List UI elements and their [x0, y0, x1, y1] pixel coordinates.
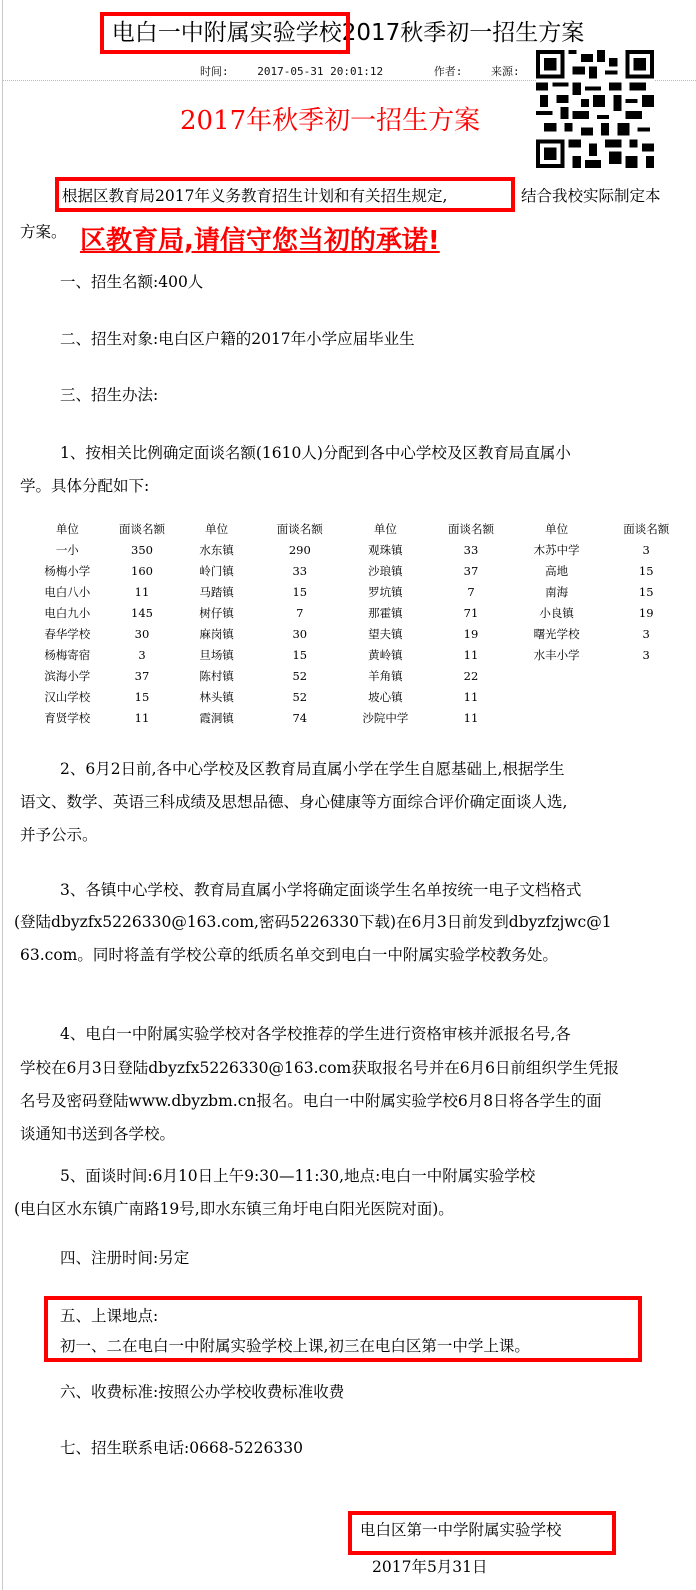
table-row: 滨海小学37 陈村镇52 羊角镇22 — [30, 665, 696, 686]
section-3: 三、招生办法: — [60, 383, 158, 405]
section-5-body: 初一、二在电白一中附属实验学校上课,初三在电白区第一中学上课。 — [60, 1334, 530, 1356]
table-header-row: 单位 面谈名额 单位 面谈名额 单位 面谈名额 单位 面谈名额 — [30, 518, 696, 539]
unit-cell: 木苏中学 — [517, 539, 597, 560]
item-4-line4: 谈通知书送到各学校。 — [20, 1122, 175, 1144]
item-1-line1: 1、按相关比例确定面谈名额(1610人)分配到各中心学校及区教育局直属小 — [60, 441, 571, 463]
unit-cell — [517, 707, 597, 728]
quota-cell: 19 — [425, 623, 517, 644]
header-cell: 面谈名额 — [596, 518, 696, 539]
quota-cell: 33 — [254, 560, 346, 581]
unit-cell: 水丰小学 — [517, 644, 597, 665]
quota-cell: 11 — [105, 581, 180, 602]
unit-cell: 陈村镇 — [179, 665, 254, 686]
unit-cell: 马踏镇 — [179, 581, 254, 602]
unit-cell — [517, 665, 597, 686]
signature-org: 电白区第一中学附属实验学校 — [360, 1518, 562, 1540]
quota-cell: 37 — [425, 560, 517, 581]
quota-cell: 33 — [425, 539, 517, 560]
table-row: 电白八小11 马踏镇15 罗坑镇7 南海15 — [30, 581, 696, 602]
unit-cell: 杨梅小学 — [30, 560, 105, 581]
quota-cell: 7 — [425, 581, 517, 602]
header-cell: 面谈名额 — [425, 518, 517, 539]
author-label: 作者: — [434, 65, 463, 78]
quota-cell: 15 — [254, 644, 346, 665]
unit-cell: 林头镇 — [179, 686, 254, 707]
quota-cell: 71 — [425, 602, 517, 623]
unit-cell: 麻岗镇 — [179, 623, 254, 644]
quota-cell: 30 — [105, 623, 180, 644]
table-row: 杨梅寄宿3 旦场镇15 黄岭镇11 水丰小学3 — [30, 644, 696, 665]
table-row: 春华学校30 麻岗镇30 望夫镇19 曙光学校3 — [30, 623, 696, 644]
quota-cell: 11 — [105, 707, 180, 728]
unit-cell: 坡心镇 — [346, 686, 426, 707]
table-row: 育贤学校11 霞洞镇74 沙院中学11 — [30, 707, 696, 728]
item-4-line2: 学校在6月3日登陆dbyzfx5226330@163.com获取报名号并在6月6… — [20, 1056, 619, 1078]
unit-cell: 一小 — [30, 539, 105, 560]
quota-cell: 11 — [425, 644, 517, 665]
quota-cell: 15 — [254, 581, 346, 602]
unit-cell: 育贤学校 — [30, 707, 105, 728]
quota-cell: 11 — [425, 707, 517, 728]
header-cell: 单位 — [179, 518, 254, 539]
quota-cell — [596, 665, 696, 686]
unit-cell: 高地 — [517, 560, 597, 581]
item-2-line2: 语文、数学、英语三科成绩及思想品德、身心健康等方面综合评价确定面谈人选, — [20, 790, 567, 812]
item-4-line1: 4、电白一中附属实验学校对各学校推荐的学生进行资格审核并派报名号,各 — [60, 1022, 571, 1044]
section-4: 四、注册时间:另定 — [60, 1246, 189, 1268]
slogan: 区教育局,请信守您当初的承诺! — [80, 220, 440, 257]
intro-highlight-box — [55, 177, 515, 212]
unit-cell: 那霍镇 — [346, 602, 426, 623]
table-row: 杨梅小学160 岭门镇33 沙琅镇37 高地15 — [30, 560, 696, 581]
quota-cell: 52 — [254, 686, 346, 707]
quota-cell: 37 — [105, 665, 180, 686]
header-cell: 单位 — [346, 518, 426, 539]
unit-cell — [517, 686, 597, 707]
quota-cell: 52 — [254, 665, 346, 686]
unit-cell: 春华学校 — [30, 623, 105, 644]
unit-cell: 观珠镇 — [346, 539, 426, 560]
unit-cell: 汉山学校 — [30, 686, 105, 707]
unit-cell: 沙院中学 — [346, 707, 426, 728]
unit-cell: 杨梅寄宿 — [30, 644, 105, 665]
item-3-line1: 3、各镇中心学校、教育局直属小学将确定面谈学生名单按统一电子文档格式 — [60, 878, 581, 900]
quota-cell: 3 — [596, 623, 696, 644]
qr-code-icon — [535, 50, 655, 168]
quota-cell: 3 — [105, 644, 180, 665]
quota-cell: 350 — [105, 539, 180, 560]
unit-cell: 羊角镇 — [346, 665, 426, 686]
header-cell: 面谈名额 — [105, 518, 180, 539]
quota-cell: 11 — [425, 686, 517, 707]
item-2-line1: 2、6月2日前,各中心学校及区教育局直属小学在学生自愿基础上,根据学生 — [60, 757, 564, 779]
unit-cell: 望夫镇 — [346, 623, 426, 644]
header-cell: 面谈名额 — [254, 518, 346, 539]
unit-cell: 沙琅镇 — [346, 560, 426, 581]
unit-cell: 黄岭镇 — [346, 644, 426, 665]
table-row: 汉山学校15 林头镇52 坡心镇11 — [30, 686, 696, 707]
signature-date: 2017年5月31日 — [372, 1555, 488, 1577]
time-label: 时间: — [200, 65, 229, 78]
article-meta: 时间: 2017-05-31 20:01:12 作者: 来源: — [200, 63, 542, 79]
item-1-line2: 学。具体分配如下: — [20, 474, 149, 496]
quota-cell: 145 — [105, 602, 180, 623]
unit-cell: 滨海小学 — [30, 665, 105, 686]
quota-cell: 15 — [105, 686, 180, 707]
quota-cell: 30 — [254, 623, 346, 644]
section-6: 六、收费标准:按照公办学校收费标准收费 — [60, 1380, 344, 1402]
intro-rest: 结合我校实际制定本 — [521, 184, 661, 206]
page-left-border — [2, 0, 3, 1590]
unit-cell: 南海 — [517, 581, 597, 602]
unit-cell: 电白九小 — [30, 602, 105, 623]
item-5-line1: 5、面谈时间:6月10日上午9:30—11:30,地点:电白一中附属实验学校 — [60, 1164, 535, 1186]
article-subtitle: 2017年秋季初一招生方案 — [180, 100, 480, 137]
header-cell: 单位 — [30, 518, 105, 539]
section-5-title: 五、上课地点: — [60, 1304, 158, 1326]
unit-cell: 曙光学校 — [517, 623, 597, 644]
section-7: 七、招生联系电话:0668-5226330 — [60, 1436, 303, 1458]
unit-cell: 旦场镇 — [179, 644, 254, 665]
section-2: 二、招生对象:电白区户籍的2017年小学应届毕业生 — [60, 327, 415, 349]
intro-line2: 方案。 — [20, 220, 67, 242]
item-4-line3: 名号及密码登陆www.dbyzbm.cn报名。电白一中附属实验学校6月8日将各学… — [20, 1089, 602, 1111]
time-value: 2017-05-31 20:01:12 — [257, 65, 383, 78]
quota-cell — [596, 707, 696, 728]
quota-cell: 15 — [596, 581, 696, 602]
item-2-line3: 并予公示。 — [20, 823, 98, 845]
table-row: 一小350 水东镇290 观珠镇33 木苏中学3 — [30, 539, 696, 560]
title-highlight-box — [100, 12, 350, 54]
unit-cell: 电白八小 — [30, 581, 105, 602]
unit-cell: 树仔镇 — [179, 602, 254, 623]
quota-cell: 3 — [596, 539, 696, 560]
quota-cell: 74 — [254, 707, 346, 728]
item-3-line2: (登陆dbyzfx5226330@163.com,密码5226330下载)在6月… — [14, 910, 612, 932]
source-label: 来源: — [491, 65, 520, 78]
quota-cell — [596, 686, 696, 707]
unit-cell: 霞洞镇 — [179, 707, 254, 728]
header-cell: 单位 — [517, 518, 597, 539]
quota-cell: 22 — [425, 665, 517, 686]
quota-cell: 15 — [596, 560, 696, 581]
item-5-line2: (电白区水东镇广南路19号,即水东镇三角圩电白阳光医院对面)。 — [14, 1197, 454, 1219]
allocation-table: 单位 面谈名额 单位 面谈名额 单位 面谈名额 单位 面谈名额 一小350 水东… — [30, 518, 696, 728]
quota-cell: 160 — [105, 560, 180, 581]
item-3-line3: 63.com。同时将盖有学校公章的纸质名单交到电白一中附属实验学校教务处。 — [20, 943, 558, 965]
unit-cell: 岭门镇 — [179, 560, 254, 581]
unit-cell: 小良镇 — [517, 602, 597, 623]
quota-cell: 7 — [254, 602, 346, 623]
title-rest: 2017秋季初一招生方案 — [342, 20, 585, 46]
unit-cell: 水东镇 — [179, 539, 254, 560]
table-row: 电白九小145 树仔镇7 那霍镇71 小良镇19 — [30, 602, 696, 623]
section-1: 一、招生名额:400人 — [60, 270, 203, 292]
quota-cell: 3 — [596, 644, 696, 665]
quota-cell: 19 — [596, 602, 696, 623]
quota-cell: 290 — [254, 539, 346, 560]
unit-cell: 罗坑镇 — [346, 581, 426, 602]
